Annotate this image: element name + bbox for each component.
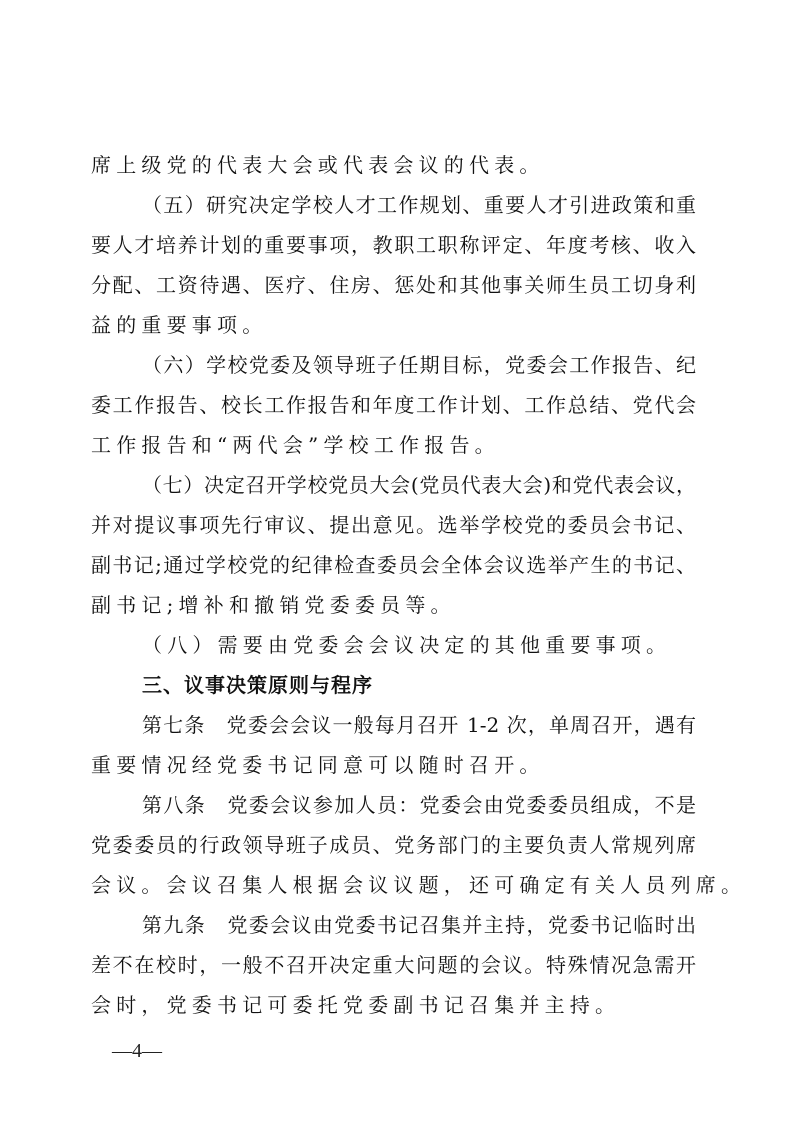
document-page: 席上级党的代表大会或代表会议的代表。 （五）研究决定学校人才工作规划、重要人才引… [0,0,793,1122]
article-7-line: 第七条 党委会会议一般每月召开 1-2 次，单周召开，遇有 [142,712,696,738]
paragraph-item-6-line: （六）学校党委及领导班子任期目标，党委会工作报告、纪 [142,352,696,378]
text-line: 并对提议事项先行审议、提出意见。选举学校党的委员会书记、 [91,512,696,538]
text-line: 工作报告和“两代会”学校工作报告。 [91,432,696,458]
article-9-line: 第九条 党委会议由党委书记召集并主持，党委书记临时出 [142,912,696,938]
article-8-line: 第八条 党委会议参加人员：党委会由党委委员组成，不是 [142,792,696,818]
text-line: 分配、工资待遇、医疗、住房、惩处和其他事关师生员工切身利 [91,272,696,298]
text-line: 差不在校时，一般不召开决定重大问题的会议。特殊情况急需开 [91,952,696,978]
text-line: 会时，党委书记可委托党委副书记召集并主持。 [91,992,696,1018]
text-line: 重要情况经党委书记同意可以随时召开。 [91,752,696,778]
text-line: 副书记;通过学校党的纪律检查委员会全体会议选举产生的书记、 [91,552,696,578]
text-line: 要人才培养计划的重要事项，教职工职称评定、年度考核、收入 [91,232,696,258]
page-number: —4— [112,1040,162,1063]
text-line: 益的重要事项。 [91,312,696,338]
paragraph-item-8-line: （八）需要由党委会会议决定的其他重要事项。 [142,632,696,658]
section-heading: 三、议事决策原则与程序 [142,672,696,698]
text-line: 会议。会议召集人根据会议议题，还可确定有关人员列席。 [91,872,696,898]
paragraph-item-5-line: （五）研究决定学校人才工作规划、重要人才引进政策和重 [142,192,696,218]
text-line: 副书记;增补和撤销党委委员等。 [91,592,696,618]
text-line: 党委委员的行政领导班子成员、党务部门的主要负责人常规列席 [91,832,696,858]
paragraph-item-7-line: （七）决定召开学校党员大会(党员代表大会)和党代表会议， [142,472,696,498]
text-line: 席上级党的代表大会或代表会议的代表。 [91,152,696,178]
text-line: 委工作报告、校长工作报告和年度工作计划、工作总结、党代会 [91,392,696,418]
